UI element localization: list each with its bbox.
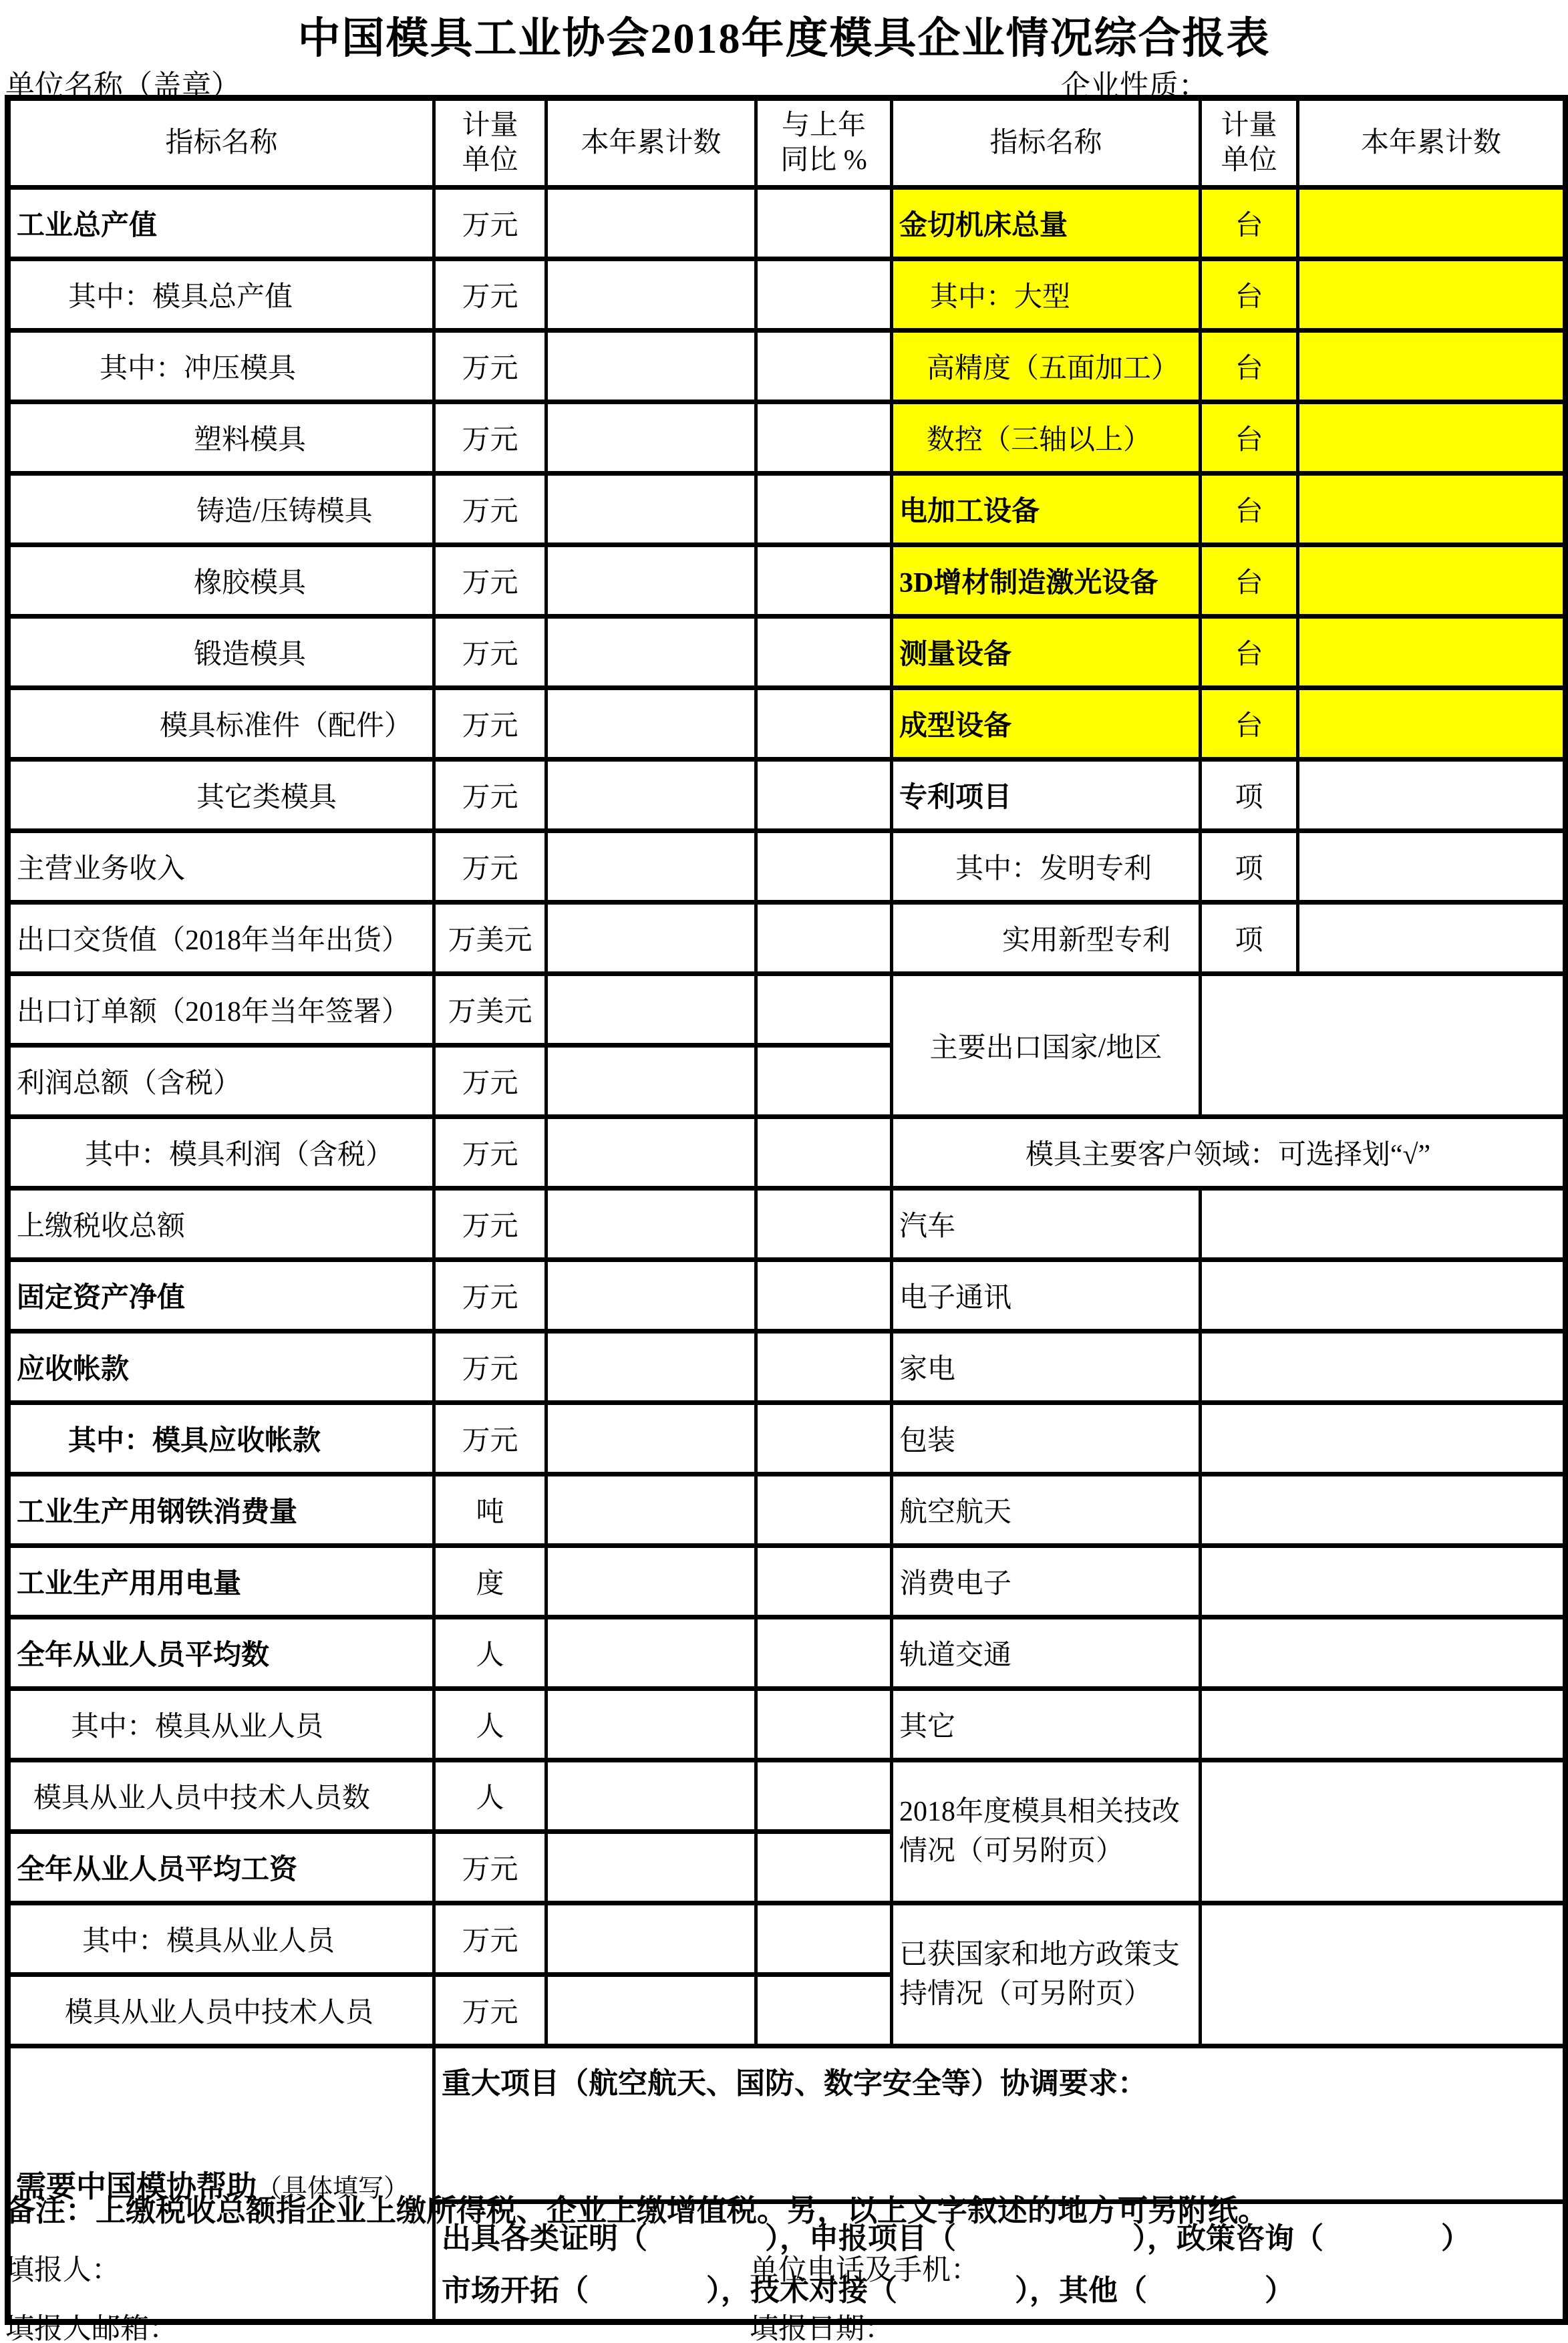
unit-cell: 万元 bbox=[434, 474, 546, 545]
yoy-cell bbox=[756, 1760, 892, 1832]
client-field-checkbox bbox=[1201, 1189, 1566, 1260]
indicator-label: 主营业务收入 bbox=[8, 831, 434, 903]
value-cell bbox=[546, 1903, 756, 1975]
tech-upgrade-value bbox=[1201, 1760, 1566, 1903]
email-label: 填报人邮箱： bbox=[5, 2306, 178, 2343]
unit-cell: 台 bbox=[1201, 188, 1298, 259]
yoy-cell bbox=[756, 1046, 892, 1117]
client-field-label: 消费电子 bbox=[892, 1546, 1201, 1617]
help-section-row: 需要中国模协帮助（具体填写） 重大项目（航空航天、国防、数字安全等）协调要求： bbox=[8, 2046, 1566, 2202]
unit-cell: 项 bbox=[1201, 903, 1298, 974]
indicator-label: 橡胶模具 bbox=[8, 545, 434, 617]
value-cell bbox=[546, 831, 756, 903]
indicator-label: 利润总额（含税） bbox=[8, 1046, 434, 1117]
unit-cell: 人 bbox=[434, 1760, 546, 1832]
yoy-cell bbox=[756, 974, 892, 1046]
unit-cell: 台 bbox=[1201, 331, 1298, 402]
value-cell bbox=[546, 688, 756, 760]
major-project-cell: 重大项目（航空航天、国防、数字安全等）协调要求： bbox=[434, 2046, 1566, 2202]
client-field-label: 轨道交通 bbox=[892, 1617, 1201, 1689]
client-field-label: 航空航天 bbox=[892, 1474, 1201, 1546]
value-cell bbox=[1298, 545, 1566, 617]
unit-cell: 万元 bbox=[434, 1117, 546, 1189]
indicator-label: 3D增材制造激光设备 bbox=[892, 545, 1201, 617]
value-cell bbox=[546, 1617, 756, 1689]
value-cell bbox=[1298, 402, 1566, 474]
value-cell bbox=[546, 1474, 756, 1546]
unit-cell: 度 bbox=[434, 1546, 546, 1617]
value-cell bbox=[546, 402, 756, 474]
indicator-label: 成型设备 bbox=[892, 688, 1201, 760]
client-field-checkbox bbox=[1201, 1546, 1566, 1617]
unit-cell: 项 bbox=[1201, 760, 1298, 831]
value-cell bbox=[546, 259, 756, 331]
unit-cell: 万元 bbox=[434, 188, 546, 259]
header-total: 本年累计数 bbox=[546, 98, 756, 188]
unit-cell: 项 bbox=[1201, 831, 1298, 903]
table-row: 其中：模具从业人员 人 其它 bbox=[8, 1689, 1566, 1760]
indicator-label: 实用新型专利 bbox=[892, 903, 1201, 974]
unit-cell: 万元 bbox=[434, 688, 546, 760]
indicator-label: 其它类模具 bbox=[8, 760, 434, 831]
unit-cell: 万元 bbox=[434, 1046, 546, 1117]
table-row: 主营业务收入 万元 其中：发明专利 项 bbox=[8, 831, 1566, 903]
table-row: 工业生产用用电量 度 消费电子 bbox=[8, 1546, 1566, 1617]
indicator-label: 测量设备 bbox=[892, 617, 1201, 688]
yoy-cell bbox=[756, 617, 892, 688]
table-row: 其中：模具总产值 万元 其中：大型 台 bbox=[8, 259, 1566, 331]
client-field-label: 家电 bbox=[892, 1332, 1201, 1403]
unit-cell: 台 bbox=[1201, 688, 1298, 760]
yoy-cell bbox=[756, 1403, 892, 1474]
table-row: 其中：模具应收帐款 万元 包装 bbox=[8, 1403, 1566, 1474]
value-cell bbox=[546, 1760, 756, 1832]
value-cell bbox=[546, 1117, 756, 1189]
indicator-label: 应收帐款 bbox=[8, 1332, 434, 1403]
unit-cell: 万元 bbox=[434, 831, 546, 903]
yoy-cell bbox=[756, 331, 892, 402]
table-row: 锻造模具 万元 测量设备 台 bbox=[8, 617, 1566, 688]
value-cell bbox=[546, 1975, 756, 2046]
yoy-cell bbox=[756, 760, 892, 831]
unit-cell: 台 bbox=[1201, 545, 1298, 617]
table-header-row: 指标名称 计量单位 本年累计数 与上年同比 % 指标名称 计量单位 本年累计数 bbox=[8, 98, 1566, 188]
yoy-cell bbox=[756, 831, 892, 903]
yoy-cell bbox=[756, 1189, 892, 1260]
unit-cell: 台 bbox=[1201, 474, 1298, 545]
yoy-cell bbox=[756, 1474, 892, 1546]
value-cell bbox=[1298, 188, 1566, 259]
unit-cell: 万美元 bbox=[434, 974, 546, 1046]
header-unit: 计量单位 bbox=[434, 98, 546, 188]
indicator-label: 工业总产值 bbox=[8, 188, 434, 259]
client-field-label: 包装 bbox=[892, 1403, 1201, 1474]
yoy-cell bbox=[756, 474, 892, 545]
indicator-label: 专利项目 bbox=[892, 760, 1201, 831]
client-field-checkbox bbox=[1201, 1260, 1566, 1332]
indicator-label: 塑料模具 bbox=[8, 402, 434, 474]
value-cell bbox=[546, 974, 756, 1046]
unit-cell: 万元 bbox=[434, 1403, 546, 1474]
yoy-cell bbox=[756, 1117, 892, 1189]
indicator-label: 全年从业人员平均数 bbox=[8, 1617, 434, 1689]
unit-cell: 万元 bbox=[434, 545, 546, 617]
table-row: 全年从业人员平均数 人 轨道交通 bbox=[8, 1617, 1566, 1689]
yoy-cell bbox=[756, 1332, 892, 1403]
value-cell bbox=[546, 474, 756, 545]
indicator-label: 铸造/压铸模具 bbox=[8, 474, 434, 545]
tech-upgrade-label: 2018年度模具相关技改情况（可另附页） bbox=[892, 1760, 1201, 1903]
yoy-cell bbox=[756, 1689, 892, 1760]
value-cell bbox=[546, 1260, 756, 1332]
yoy-cell bbox=[756, 1903, 892, 1975]
unit-cell: 人 bbox=[434, 1689, 546, 1760]
table-row: 上缴税收总额 万元 汽车 bbox=[8, 1189, 1566, 1260]
table-row: 其中：冲压模具 万元 高精度（五面加工） 台 bbox=[8, 331, 1566, 402]
unit-cell: 台 bbox=[1201, 617, 1298, 688]
unit-cell: 万元 bbox=[434, 1975, 546, 2046]
indicator-label: 上缴税收总额 bbox=[8, 1189, 434, 1260]
export-countries-label: 主要出口国家/地区 bbox=[892, 974, 1201, 1117]
unit-cell: 万元 bbox=[434, 1260, 546, 1332]
indicator-label: 全年从业人员平均工资 bbox=[8, 1832, 434, 1903]
unit-cell: 台 bbox=[1201, 259, 1298, 331]
indicator-label: 其中：模具利润（含税） bbox=[8, 1117, 434, 1189]
client-field-checkbox bbox=[1201, 1617, 1566, 1689]
table-row: 塑料模具 万元 数控（三轴以上） 台 bbox=[8, 402, 1566, 474]
yoy-cell bbox=[756, 259, 892, 331]
export-countries-value bbox=[1201, 974, 1566, 1117]
indicator-label: 电加工设备 bbox=[892, 474, 1201, 545]
yoy-cell bbox=[756, 903, 892, 974]
indicator-label: 其中：模具从业人员 bbox=[8, 1689, 434, 1760]
value-cell bbox=[1298, 760, 1566, 831]
indicator-label: 工业生产用用电量 bbox=[8, 1546, 434, 1617]
table-row: 其它类模具 万元 专利项目 项 bbox=[8, 760, 1566, 831]
value-cell bbox=[546, 545, 756, 617]
client-field-checkbox bbox=[1201, 1332, 1566, 1403]
table-row: 固定资产净值 万元 电子通讯 bbox=[8, 1260, 1566, 1332]
client-field-checkbox bbox=[1201, 1403, 1566, 1474]
unit-cell: 万元 bbox=[434, 402, 546, 474]
indicator-label: 其中：冲压模具 bbox=[8, 331, 434, 402]
yoy-cell bbox=[756, 1617, 892, 1689]
indicator-label: 锻造模具 bbox=[8, 617, 434, 688]
certify-line-2: 市场开拓（ ），技术对接（ ），其他（ ） bbox=[442, 2266, 1557, 2309]
value-cell bbox=[546, 1832, 756, 1903]
value-cell bbox=[1298, 831, 1566, 903]
unit-cell: 台 bbox=[1201, 402, 1298, 474]
filler-label: 填报人： bbox=[5, 2247, 120, 2288]
report-table: 指标名称 计量单位 本年累计数 与上年同比 % 指标名称 计量单位 本年累计数 … bbox=[5, 95, 1568, 2325]
value-cell bbox=[546, 1689, 756, 1760]
client-field-label: 其它 bbox=[892, 1689, 1201, 1760]
header-total-2: 本年累计数 bbox=[1298, 98, 1566, 188]
unit-cell: 万元 bbox=[434, 259, 546, 331]
unit-cell: 人 bbox=[434, 1617, 546, 1689]
table-row: 应收帐款 万元 家电 bbox=[8, 1332, 1566, 1403]
value-cell bbox=[546, 1046, 756, 1117]
table-row: 橡胶模具 万元 3D增材制造激光设备 台 bbox=[8, 545, 1566, 617]
value-cell bbox=[1298, 474, 1566, 545]
yoy-cell bbox=[756, 1975, 892, 2046]
phone-label: 单位电话及手机： bbox=[750, 2247, 979, 2288]
table-row: 出口订单额（2018年当年签署） 万美元 主要出口国家/地区 bbox=[8, 974, 1566, 1046]
value-cell bbox=[546, 903, 756, 974]
table-row: 工业生产用钢铁消费量 吨 航空航天 bbox=[8, 1474, 1566, 1546]
value-cell bbox=[546, 760, 756, 831]
page-title: 中国模具工业协会2018年度模具企业情况综合报表 bbox=[0, 4, 1568, 65]
table-row: 出口交货值（2018年当年出货） 万美元 实用新型专利 项 bbox=[8, 903, 1566, 974]
value-cell bbox=[546, 617, 756, 688]
header-yoy: 与上年同比 % bbox=[756, 98, 892, 188]
value-cell bbox=[546, 188, 756, 259]
header-indicator: 指标名称 bbox=[8, 98, 434, 188]
yoy-cell bbox=[756, 688, 892, 760]
indicator-label: 固定资产净值 bbox=[8, 1260, 434, 1332]
value-cell bbox=[546, 1403, 756, 1474]
table-row: 其中：模具利润（含税） 万元 模具主要客户领域：可选择划“√” bbox=[8, 1117, 1566, 1189]
client-field-label: 电子通讯 bbox=[892, 1260, 1201, 1332]
yoy-cell bbox=[756, 1546, 892, 1617]
yoy-cell bbox=[756, 402, 892, 474]
yoy-cell bbox=[756, 1832, 892, 1903]
indicator-label: 其中：大型 bbox=[892, 259, 1201, 331]
policy-support-label: 已获国家和地方政策支持情况（可另附页） bbox=[892, 1903, 1201, 2046]
report-page: 中国模具工业协会2018年度模具企业情况综合报表 单位名称（盖章） 企业性质： … bbox=[0, 0, 1568, 2343]
client-field-checkbox bbox=[1201, 1689, 1566, 1760]
remark-note: 备注：上缴税收总额指企业上缴所得税、企业上缴增值税。另，以上文字叙述的地方可另附… bbox=[5, 2186, 1268, 2229]
unit-cell: 万美元 bbox=[434, 903, 546, 974]
indicator-label: 出口订单额（2018年当年签署） bbox=[8, 974, 434, 1046]
client-fields-header: 模具主要客户领域：可选择划“√” bbox=[892, 1117, 1566, 1189]
value-cell bbox=[546, 1546, 756, 1617]
indicator-label: 数控（三轴以上） bbox=[892, 402, 1201, 474]
indicator-label: 其中：模具总产值 bbox=[8, 259, 434, 331]
value-cell bbox=[546, 1332, 756, 1403]
value-cell bbox=[1298, 331, 1566, 402]
unit-cell: 万元 bbox=[434, 617, 546, 688]
unit-cell: 万元 bbox=[434, 760, 546, 831]
yoy-cell bbox=[756, 188, 892, 259]
indicator-label: 高精度（五面加工） bbox=[892, 331, 1201, 402]
table-row: 模具从业人员中技术人员数 人 2018年度模具相关技改情况（可另附页） bbox=[8, 1760, 1566, 1832]
yoy-cell bbox=[756, 545, 892, 617]
indicator-label: 其中：模具应收帐款 bbox=[8, 1403, 434, 1474]
indicator-label: 出口交货值（2018年当年出货） bbox=[8, 903, 434, 974]
client-field-label: 汽车 bbox=[892, 1189, 1201, 1260]
unit-cell: 万元 bbox=[434, 1189, 546, 1260]
indicator-label: 其中：发明专利 bbox=[892, 831, 1201, 903]
header-indicator-2: 指标名称 bbox=[892, 98, 1201, 188]
table-row: 铸造/压铸模具 万元 电加工设备 台 bbox=[8, 474, 1566, 545]
unit-cell: 吨 bbox=[434, 1474, 546, 1546]
indicator-label: 模具从业人员中技术人员数 bbox=[8, 1760, 434, 1832]
policy-support-value bbox=[1201, 1903, 1566, 2046]
unit-cell: 万元 bbox=[434, 1903, 546, 1975]
unit-cell: 万元 bbox=[434, 1332, 546, 1403]
unit-cell: 万元 bbox=[434, 331, 546, 402]
value-cell bbox=[1298, 688, 1566, 760]
yoy-cell bbox=[756, 1260, 892, 1332]
value-cell bbox=[546, 1189, 756, 1260]
client-field-checkbox bbox=[1201, 1474, 1566, 1546]
indicator-label: 模具从业人员中技术人员 bbox=[8, 1975, 434, 2046]
header-unit-2: 计量单位 bbox=[1201, 98, 1298, 188]
value-cell bbox=[1298, 259, 1566, 331]
value-cell bbox=[546, 331, 756, 402]
date-label: 填报日期： bbox=[750, 2306, 893, 2343]
table-row: 其中：模具从业人员 万元 已获国家和地方政策支持情况（可另附页） bbox=[8, 1903, 1566, 1975]
table-row: 工业总产值 万元 金切机床总量 台 bbox=[8, 188, 1566, 259]
indicator-label: 工业生产用钢铁消费量 bbox=[8, 1474, 434, 1546]
indicator-label: 其中：模具从业人员 bbox=[8, 1903, 434, 1975]
value-cell bbox=[1298, 617, 1566, 688]
value-cell bbox=[1298, 903, 1566, 974]
table-row: 模具标准件（配件） 万元 成型设备 台 bbox=[8, 688, 1566, 760]
indicator-label: 金切机床总量 bbox=[892, 188, 1201, 259]
unit-cell: 万元 bbox=[434, 1832, 546, 1903]
indicator-label: 模具标准件（配件） bbox=[8, 688, 434, 760]
